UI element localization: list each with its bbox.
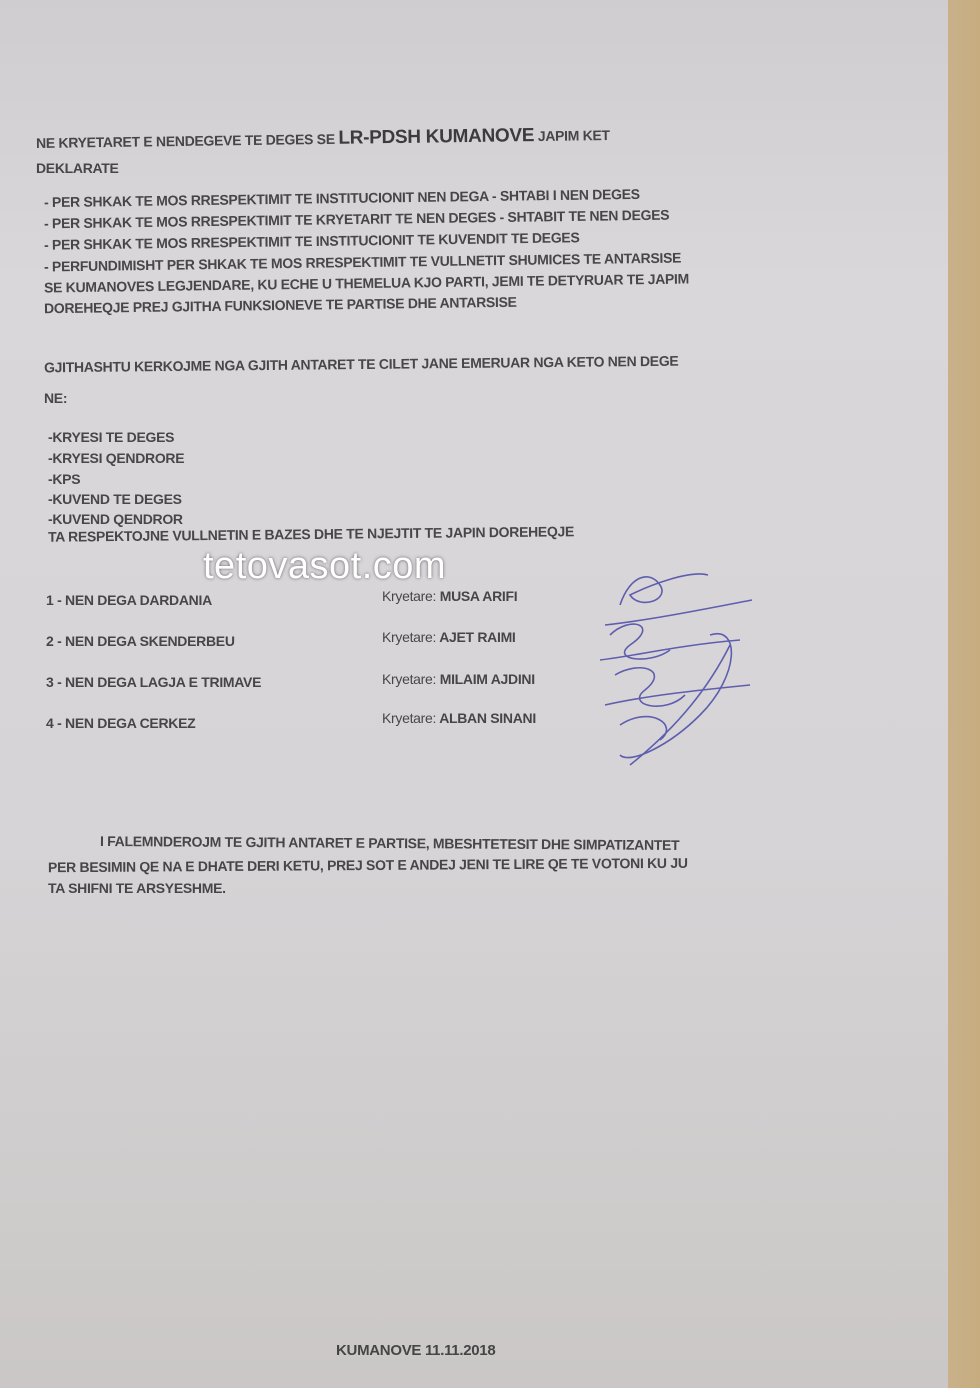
request-line-2: NE: — [44, 390, 67, 406]
branch-leader: Kryetare: ALBAN SINANI — [382, 710, 536, 726]
header-line-1: NE KRYETARET E NENDEGEVE TE DEGES SE LR-… — [36, 124, 610, 154]
document-paper: NE KRYETARET E NENDEGEVE TE DEGES SE LR-… — [0, 0, 948, 1388]
body-4: -KUVEND TE DEGES — [48, 491, 182, 507]
branch-row: 4 - NEN DEGA CERKEZ — [46, 715, 195, 731]
reason-2: - PER SHKAK TE MOS RRESPEKTIMIT TE KRYET… — [44, 207, 669, 232]
reason-3: - PER SHKAK TE MOS RRESPEKTIMIT TE INSTI… — [44, 229, 580, 252]
closing-line-2: PER BESIMIN QE NA E DHATE DERI KETU, PRE… — [48, 855, 688, 875]
branch-row: 3 - NEN DEGA LAGJA E TRIMAVE — [46, 674, 261, 690]
reason-1: - PER SHKAK TE MOS RRESPEKTIMIT TE INSTI… — [44, 186, 640, 210]
reason-4-cont-2: DOREHEQJE PREJ GJITHA FUNKSIONEVE TE PAR… — [44, 294, 517, 317]
closing-line-3: TA SHIFNI TE ARSYESHME. — [48, 880, 226, 896]
branch-leader: Kryetare: AJET RAIMI — [382, 629, 516, 645]
branch-row: 2 - NEN DEGA SKENDERBEU — [46, 633, 235, 649]
body-1: -KRYESI TE DEGES — [48, 429, 174, 445]
place-date: KUMANOVE 11.11.2018 — [336, 1342, 495, 1359]
closing-line-1: I FALEMNDEROJM TE GJITH ANTARET E PARTIS… — [100, 833, 679, 853]
body-3: -KPS — [48, 471, 80, 487]
header-intro: NE KRYETARET E NENDEGEVE TE DEGES SE — [36, 131, 335, 151]
branch-leader: Kryetare: MUSA ARIFI — [382, 588, 517, 604]
signature-scribble — [590, 565, 760, 775]
party-name: LR-PDSH KUMANOVE — [338, 125, 534, 149]
branch-row: 1 - NEN DEGA DARDANIA — [46, 592, 212, 608]
header-outro: JAPIM KET — [538, 127, 610, 144]
request-line-1: GJITHASHTU KERKOJME NGA GJITH ANTARET TE… — [44, 353, 679, 376]
body-2: -KRYESI QENDRORE — [48, 450, 184, 466]
watermark: tetovasot.com — [203, 545, 446, 588]
body-5: -KUVEND QENDROR — [48, 511, 183, 527]
reason-4: - PERFUNDIMISHT PER SHKAK TE MOS RRESPEK… — [44, 250, 681, 275]
branch-leader: Kryetare: MILAIM AJDINI — [382, 671, 535, 687]
reason-4-cont-1: SE KUMANOVES LEGJENDARE, KU ECHE U THEME… — [44, 270, 689, 295]
declaration-title: DEKLARATE — [36, 160, 119, 176]
